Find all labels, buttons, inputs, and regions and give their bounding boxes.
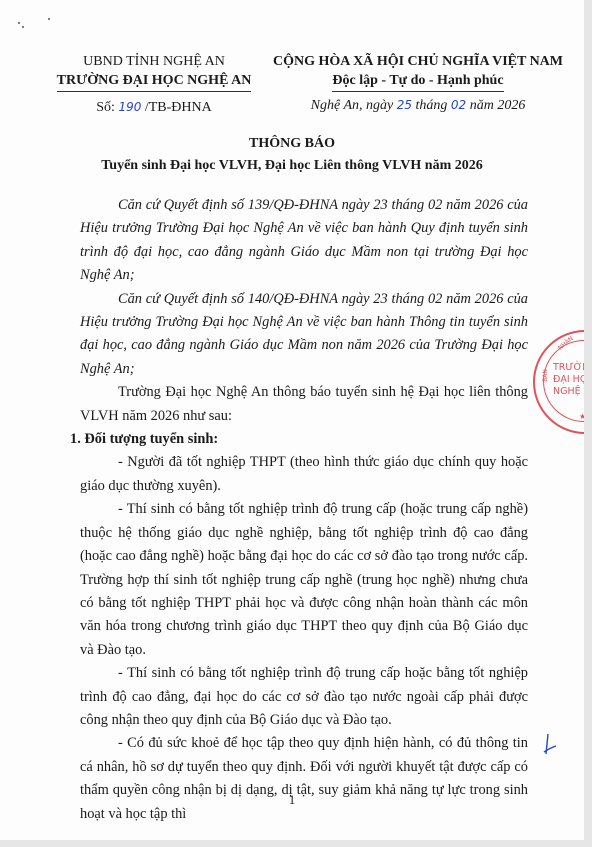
number-suffix: /TB-ĐHNA [141,100,211,115]
nation-title: CỘNG HÒA XÃ HỘI CHỦ NGHĨA VIỆT NAM [252,52,584,71]
handwritten-initial-icon [542,732,558,758]
document-title: THÔNG BÁO [0,136,584,152]
list-item: - Thí sinh có bằng tốt nghiệp trình độ t… [80,498,528,662]
handwritten-number: 190 [118,100,141,114]
document-number: Số: 190 /TB-ĐHNA [44,98,264,117]
seal-text: TRƯỜN ĐẠI HỌ NGHỆ A [553,362,584,398]
school-name: TRƯỜNG ĐẠI HỌC NGHỆ AN [57,71,252,92]
seal-line: TRƯỜN [553,362,584,374]
seal-line: NGHỆ A [553,386,584,398]
date-suffix: năm 2026 [466,98,525,113]
national-header: CỘNG HÒA XÃ HỘI CHỦ NGHĨA VIỆT NAM Độc l… [252,52,584,115]
date-prefix: Nghệ An, ngày [311,98,397,113]
list-item: - Có đủ sức khoẻ để học tập theo quy địn… [80,732,528,826]
national-motto: Độc lập - Tự do - Hạnh phúc [332,71,503,92]
list-item: - Người đã tốt nghiệp THPT (theo hình th… [80,451,528,498]
official-seal: NHÂN DÂN BAN TRƯỜN ĐẠI HỌ NGHỆ A ★ [533,330,584,434]
legal-basis-2: Căn cứ Quyết định số 140/QĐ-ĐHNA ngày 23… [80,288,528,382]
page-number: 1 [0,792,584,808]
date-mid: tháng [412,98,451,113]
seal-line: ĐẠI HỌ [553,374,584,386]
document-body: Căn cứ Quyết định số 139/QĐ-ĐHNA ngày 23… [80,194,528,826]
number-prefix: Số: [96,100,118,115]
document-page: UBND TỈNH NGHỆ AN TRƯỜNG ĐẠI HỌC NGHỆ AN… [0,0,584,840]
legal-basis-1: Căn cứ Quyết định số 139/QĐ-ĐHNA ngày 23… [80,194,528,288]
list-item: - Thí sinh có bằng tốt nghiệp trình độ t… [80,662,528,732]
handwritten-month: 02 [451,98,466,112]
handwritten-day: 25 [397,98,412,112]
announcement-intro: Trường Đại học Nghệ An thông báo tuyển s… [80,381,528,428]
issuer-header: UBND TỈNH NGHỆ AN TRƯỜNG ĐẠI HỌC NGHỆ AN… [44,52,264,117]
issuing-authority: UBND TỈNH NGHỆ AN [44,52,264,71]
star-icon: ★ [579,412,584,421]
document-subtitle: Tuyển sinh Đại học VLVH, Đại học Liên th… [0,158,584,174]
scan-specks [16,14,56,34]
section-heading: 1. Đối tượng tuyển sinh: [70,428,528,451]
seal-arc-text: BAN [542,369,549,382]
document-date: Nghệ An, ngày 25 tháng 02 năm 2026 [252,96,584,115]
